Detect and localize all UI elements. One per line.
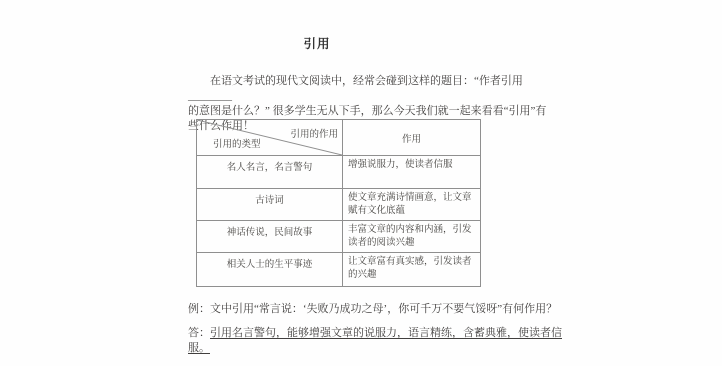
- intro-line: 在语文考试的现代文阅读中，经常会碰到这样的题目：“作者引用________: [188, 74, 548, 104]
- answer-underlined-text: 引用名言警句，能够增强文章的说服力，语言精练，含蓄典雅，使读者信: [210, 327, 562, 339]
- diagonal-header-cell: 引用的作用 引用的类型: [197, 120, 343, 155]
- answer-line: 答：引用名言警句，能够增强文章的说服力，语言精练，含蓄典雅，使读者信: [188, 326, 568, 341]
- table-row: 神话传说，民间故事 丰富文章的内容和内涵，引发读者的阅读兴趣: [197, 221, 480, 253]
- intro-line: 的意图是什么？” 很多学生无从下手，那么今天我们就一起来看看“引用”有: [188, 104, 548, 119]
- header-label-type-axis: 引用的类型: [213, 136, 261, 150]
- answer-line: 服。: [188, 341, 568, 356]
- quotation-effects-table: 引用的作用 引用的类型 作用 名人名言，名言警句 增强说服力，使读者信服 古诗词…: [196, 119, 481, 287]
- quote-type-cell: 相关人士的生平事迹: [197, 253, 343, 286]
- quote-type-cell: 名人名言，名言警句: [197, 156, 343, 188]
- quote-type-cell: 古诗词: [197, 189, 343, 220]
- document-page: 引用 在语文考试的现代文阅读中，经常会碰到这样的题目：“作者引用________…: [0, 0, 722, 366]
- quote-effect-cell: 丰富文章的内容和内涵，引发读者的阅读兴趣: [343, 221, 480, 252]
- table-row: 名人名言，名言警句 增强说服力，使读者信服: [197, 156, 480, 189]
- table-row: 相关人士的生平事迹 让文章富有真实感，引发读者的兴趣: [197, 253, 480, 286]
- answer-prefix: 答：: [188, 327, 210, 339]
- quote-effect-cell: 使文章充满诗情画意，让文章赋有文化底蕴: [343, 189, 480, 220]
- page-title: 引用: [289, 34, 345, 52]
- example-question: 例：文中引用“常言说：‘失败乃成功之母’，你可千万不要气馁呀”有何作用？: [188, 302, 588, 317]
- example-answer: 答：引用名言警句，能够增强文章的说服力，语言精练，含蓄典雅，使读者信 服。: [188, 326, 568, 356]
- header-cell-effect: 作用: [343, 120, 480, 155]
- answer-underlined-text: 服。: [188, 342, 210, 354]
- header-label-effect-axis: 引用的作用: [290, 126, 338, 140]
- table-row: 古诗词 使文章充满诗情画意，让文章赋有文化底蕴: [197, 189, 480, 221]
- quote-type-cell: 神话传说，民间故事: [197, 221, 343, 252]
- quote-effect-cell: 让文章富有真实感，引发读者的兴趣: [343, 253, 480, 286]
- quote-effect-cell: 增强说服力，使读者信服: [343, 156, 480, 188]
- table-header-row: 引用的作用 引用的类型 作用: [197, 120, 480, 156]
- header-label-effect: 作用: [343, 120, 480, 155]
